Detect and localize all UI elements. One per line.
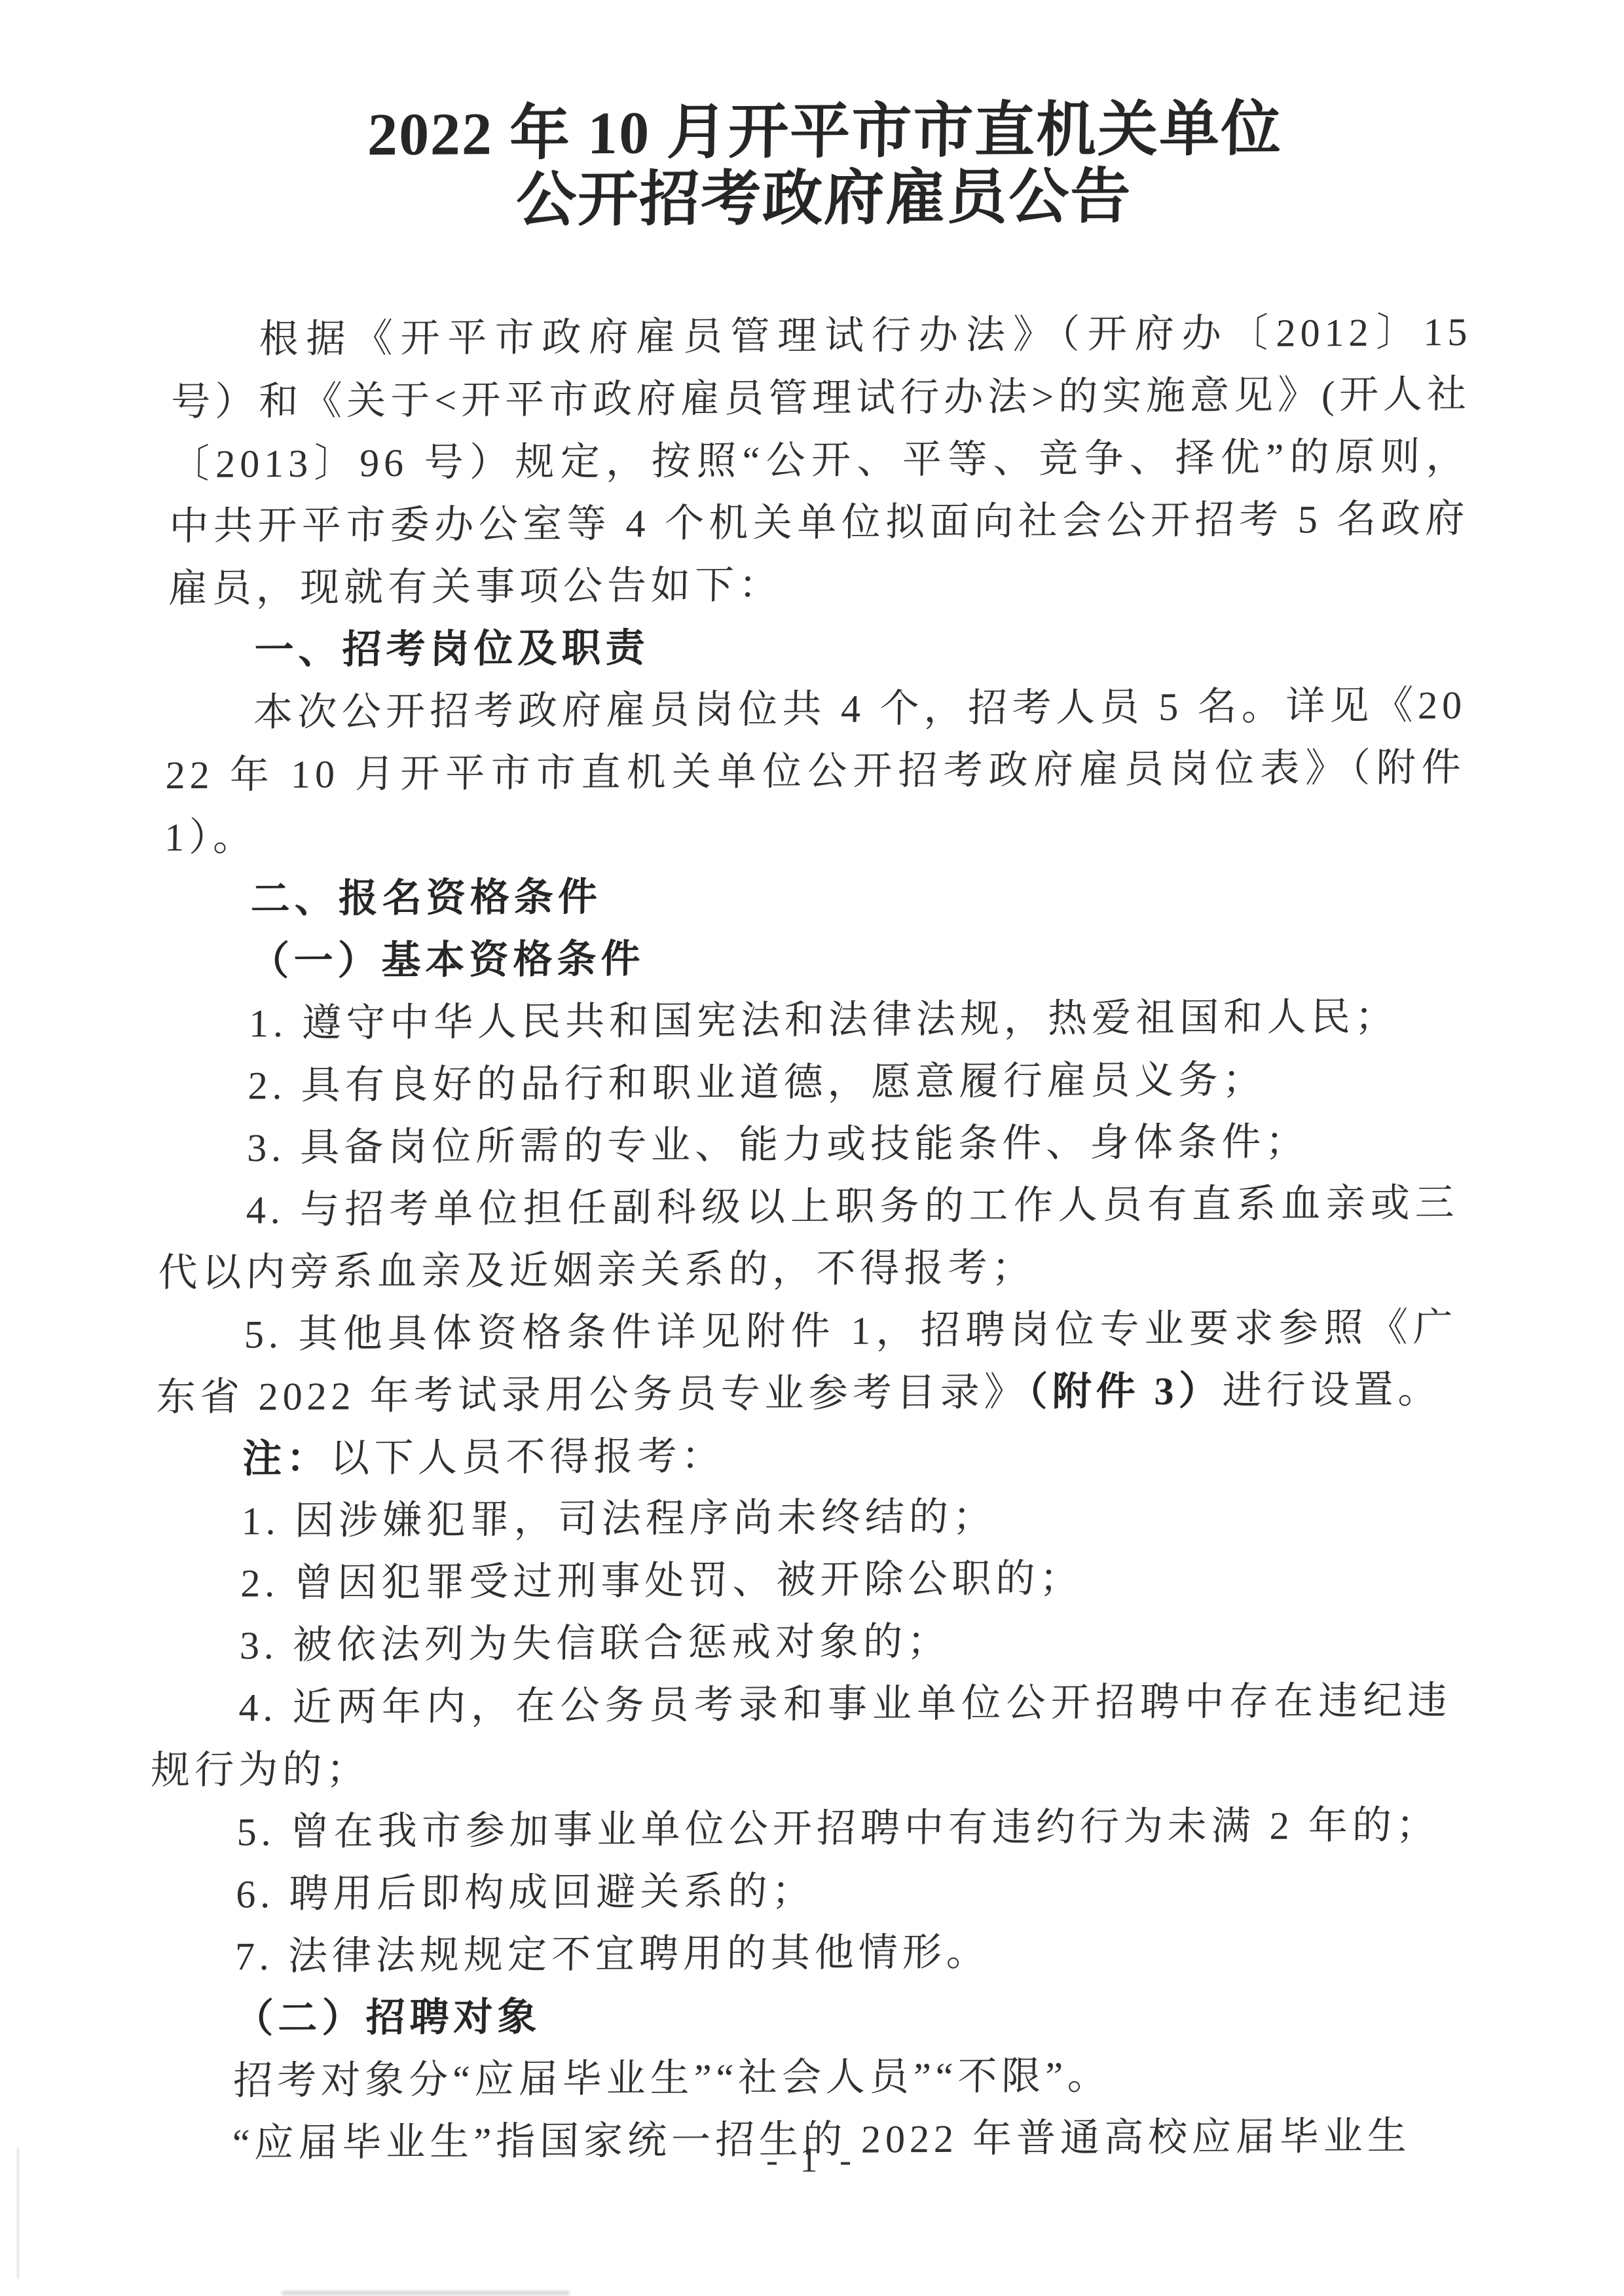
note-label: 注： xyxy=(242,1437,331,1481)
recruit-target-p1: 招考对象分“应届毕业生”“社会人员”“不限”。 xyxy=(145,2043,1446,2113)
title-line-1: 2022 年 10 月开平市市直机关单位 xyxy=(175,94,1475,169)
basic-item-5: 5. 其他具体资格条件详见附件 1，招聘岗位专业要求参照《广东省 2022 年考… xyxy=(156,1296,1458,1429)
basic-conditions-heading: （一）基本资格条件 xyxy=(162,923,1463,993)
basic-item-5-suffix: 进行设置。 xyxy=(1222,1368,1442,1412)
restricted-item-6: 6. 聘用后即构成回避关系的； xyxy=(149,1856,1449,1926)
basic-item-2: 2. 具有良好的品行和职业道德，愿意履行雇员义务； xyxy=(160,1048,1461,1118)
page-number: - 1 - xyxy=(0,2140,1624,2180)
document-content: 2022 年 10 月开平市市直机关单位 公开招考政府雇员公告 根据《开平市政府… xyxy=(145,94,1475,2175)
scan-streak-artifact xyxy=(17,2147,19,2278)
basic-item-5-attachment-ref: （附件 3） xyxy=(1027,1369,1223,1413)
intro-paragraph: 根据《开平市政府雇员管理试行办法》（开府办〔2012〕15 号）和《关于<开平市… xyxy=(168,301,1472,620)
basic-item-1: 1. 遵守中华人民共和国宪法和法律法规，热爱祖国和人民； xyxy=(161,985,1462,1055)
scanned-document-page: 2022 年 10 月开平市市直机关单位 公开招考政府雇员公告 根据《开平市政府… xyxy=(0,0,1624,2296)
scan-smudge-artifact xyxy=(282,2291,570,2295)
restricted-item-7: 7. 法律法规规定不宜聘用的其他情形。 xyxy=(147,1918,1448,1988)
title-line-2: 公开招考政府雇员公告 xyxy=(174,161,1474,236)
restricted-item-2: 2. 曾因犯罪受过刑事处罚、被开除公职的； xyxy=(153,1545,1454,1615)
basic-item-4: 4. 与招考单位担任副科级以上职务的工作人员有直系血亲或三代以内旁系血亲及近姻亲… xyxy=(158,1172,1460,1304)
restricted-item-5: 5. 曾在我市参加事业单位公开招聘中有违约行为未满 2 年的； xyxy=(149,1794,1450,1864)
section-2-heading: 二、报名资格条件 xyxy=(163,861,1464,931)
note-text: 以下人员不得报考： xyxy=(330,1434,726,1480)
document-title: 2022 年 10 月开平市市直机关单位 公开招考政府雇员公告 xyxy=(174,94,1475,236)
restricted-item-4: 4. 近两年内，在公务员考录和事业单位公开招聘中存在违纪违规行为的； xyxy=(150,1669,1452,1802)
section-1-heading: 一、招考岗位及职责 xyxy=(167,612,1467,682)
recruit-target-heading: （二）招聘对象 xyxy=(147,1980,1447,2050)
basic-item-3: 3. 具备岗位所需的专业、能力或技能条件、身体条件； xyxy=(160,1110,1460,1180)
restricted-item-3: 3. 被依法列为失信联合惩戒对象的； xyxy=(152,1607,1452,1677)
section-1-body: 本次公开招考政府雇员岗位共 4 个，招考人员 5 名。详见《2022 年 10 … xyxy=(164,674,1467,869)
restricted-item-1: 1. 因涉嫌犯罪，司法程序尚未终结的； xyxy=(154,1483,1454,1553)
note-paragraph: 注：以下人员不得报考： xyxy=(155,1421,1456,1491)
